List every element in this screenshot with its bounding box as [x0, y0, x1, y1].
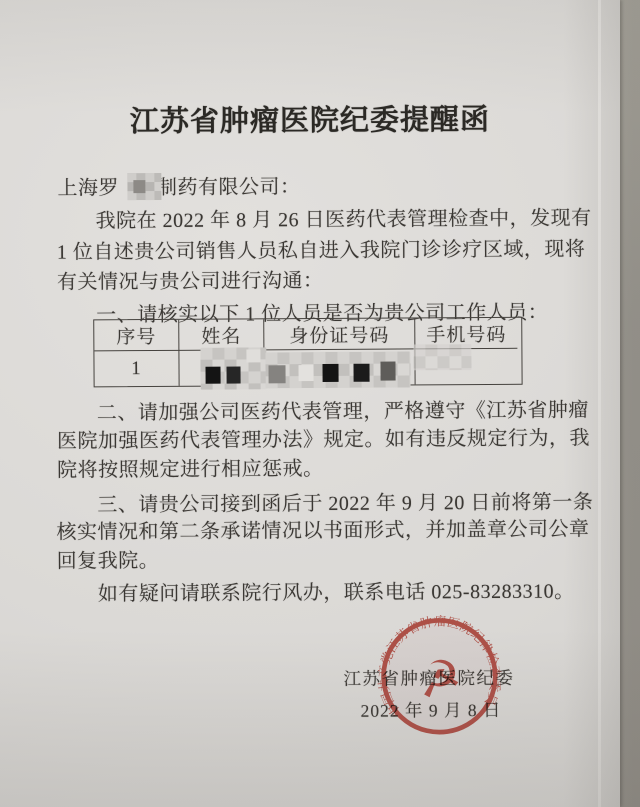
official-seal: 中国共产党江苏省肿瘤医院纪律检查委员会 ☭ — [365, 601, 515, 751]
phone-redaction-mosaic — [413, 344, 471, 370]
addressee-line: 上海罗制药有限公司： — [57, 170, 300, 200]
addressee-suffix: 制药有限公司： — [157, 176, 301, 199]
hammer-sickle-icon: ☭ — [414, 649, 465, 711]
para1-line3: 有关情况与贵公司进行沟通： — [57, 264, 324, 295]
table-header-serial: 序号 — [94, 320, 179, 352]
item3-line2: 核实情况和第二条承诺情况以书面形式，并加盖章公司公章 — [56, 512, 589, 544]
item2-line2: 医院加强医药代表管理办法》规定。如有违反规定行为，我 — [57, 421, 590, 453]
addressee-prefix: 上海罗 — [57, 177, 119, 199]
table-cell-serial: 1 — [94, 351, 179, 387]
para1-line1: 我院在 2022 年 8 月 26 日医药代表管理检查中，发现有 — [96, 201, 592, 233]
para1-line2: 1 位自述贵公司销售人员私自进入我院门诊诊疗区域，现将 — [57, 232, 586, 264]
addressee-redaction-mosaic — [127, 173, 161, 200]
letter-content: 江苏省肿瘤医院纪委提醒函 上海罗制药有限公司： 我院在 2022 年 8 月 2… — [0, 0, 624, 807]
closing-line: 如有疑问请联系院行风办，联系电话 025-83283310。 — [98, 574, 575, 606]
id-redaction-mosaic — [265, 351, 410, 388]
table-header-id-number: 身份证号码 — [264, 318, 415, 350]
item2-line1: 二、请加强公司医药代表管理，严格遵守《江苏省肿瘤 — [97, 393, 589, 425]
paper: 江苏省肿瘤医院纪委提醒函 上海罗制药有限公司： 我院在 2022 年 8 月 2… — [0, 0, 620, 807]
document-photo: 江苏省肿瘤医院纪委提醒函 上海罗制药有限公司： 我院在 2022 年 8 月 2… — [0, 0, 640, 807]
item3-line3: 回复我院。 — [57, 544, 160, 574]
item2-line3: 院将按照规定进行相应惩戒。 — [57, 452, 324, 483]
name-redaction-mosaic — [200, 347, 266, 389]
letter-title: 江苏省肿瘤医院纪委提醒函 — [0, 96, 620, 141]
table-header-name: 姓名 — [179, 319, 264, 351]
